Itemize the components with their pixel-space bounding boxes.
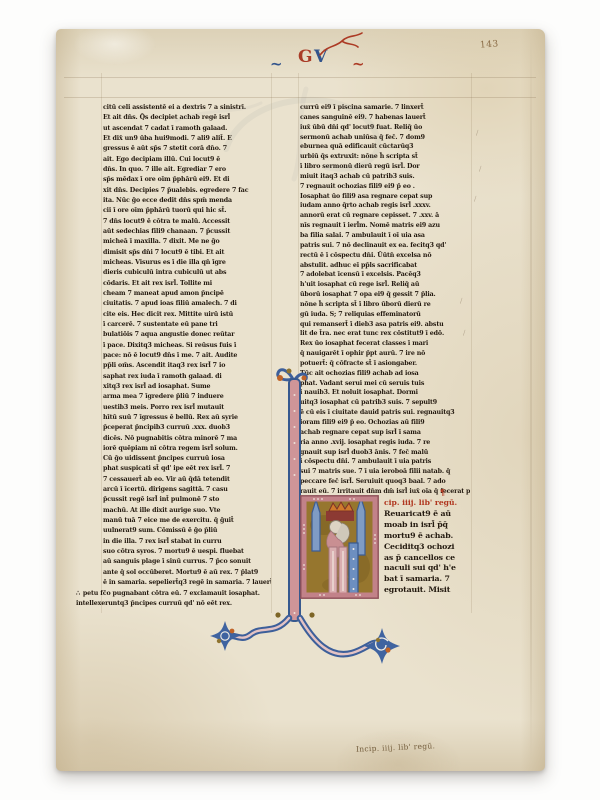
text-line: ī nauib3. Et noluit iosaphat. Dormi (300, 388, 470, 398)
text-line: p̄cussit regē isrl̄ int̄ pulmonē 7 sto (103, 495, 271, 505)
text-line: cii ī ore oīm p̄phārū tuorū qui hic st̄. (103, 206, 271, 216)
red-paraph-mark: ¶ (440, 487, 445, 497)
initial-adjacent-text: Reuaricat9 ē aūmoab in isrl̄ p̄q̄mortu9 … (384, 509, 484, 596)
running-title-right-flourish: ~ (352, 55, 363, 73)
text-line: Ceciditq3 ochozi (384, 542, 484, 553)
text-line: Cū ḡo uidissent p̄ncipes curruū iosa (103, 454, 271, 464)
text-line: abstulit. adhuc eī pp̄ls sacrificabat (300, 261, 470, 271)
correction-sign: ∴ (76, 590, 80, 597)
text-line: Tūc ait ochozias fili9 achab ad iosa (300, 369, 470, 379)
text-line: iux̄ ūbū dn̄i qd' locut9 fuat. Reliq̄ ūo (300, 123, 470, 133)
king-falling-miniature (300, 495, 379, 599)
text-line: phat suspicati st̄ qd' ipe eēt rex isrl̄… (103, 464, 271, 474)
running-title-left-flourish: ~ (270, 55, 281, 73)
text-column-b: currū ei9 ī piscina samarie. 7 linxert̄c… (300, 103, 470, 497)
text-line: uulnerat9 sum. Cōmissū ē ḡo p̄liū (103, 526, 271, 536)
text-line: dicēs. Nō pugnabitis cōtra minorē 7 ma (103, 434, 271, 444)
text-line: moab in isrl̄ p̄q̄ (384, 520, 484, 531)
text-line: potuert̄: q̄ cōfracte st̄ ī asiongaber. (300, 359, 470, 369)
text-line: p̄ceperat p̄ncipib3 curruū .xxx. duob3 (103, 423, 271, 433)
text-line: in die illa. 7 rex isrl̄ stabat in curru (103, 537, 271, 547)
text-line: peccare fec̄ isrl̄. Seruiuit quoq3 baal.… (300, 477, 470, 487)
text-line: rectū ē ī cōspectu dn̄i. Ūūtn̄ excelsa n… (300, 251, 470, 261)
text-line: arma mea 7 īgredere p̄liū 7 induere (103, 392, 271, 402)
text-line: egrotauit. Misit (384, 585, 484, 596)
text-line: arcū ī īcertū. dirigens sagittā. 7 casu (103, 485, 271, 495)
text-line: ba filia salai. 7 ambulauit ī oī uia asa (300, 231, 470, 241)
correction-line-2: intellexeruntq3 p̄ncipes curruū qd' nō e… (76, 599, 326, 609)
text-line: aū sanguis plage ī sinū currus. 7 p̄co s… (103, 557, 271, 567)
text-line: gressus ē aūt sp̄s 7 stetit corā dn̄o. 7 (103, 144, 271, 154)
rubricator-guide-note: Incip. iiij. lib' regū. (356, 741, 436, 753)
text-line: currū ei9 ī piscina samarie. 7 linxert̄ (300, 103, 470, 113)
text-line: ria anno .xvij. iosaphat regis iuda. 7 r… (300, 438, 470, 448)
text-line: ioram fili9 ei9 p̄ eo. Ochozias aū fili9 (300, 418, 470, 428)
text-line: dimisit sp̄s dn̄i 7 locut9 ē tibi. Et ai… (103, 248, 271, 258)
margin-tick: ∕ (463, 329, 465, 337)
text-line: sermonū achab uniūsa q̄ fec̄. 7 dom9 (300, 133, 470, 143)
text-line: dn̄s. In quo. 7 ille ait. Egrediar 7 ero (103, 165, 271, 175)
text-line: dieris cubiculū intra cubiculū ut abs (103, 268, 271, 278)
text-line: ē in samaria. sepeliert̄q3 regē in samar… (103, 578, 271, 588)
text-line: h'uit iosaphat cū rege isrl̄. Reliq̄ aū (300, 280, 470, 290)
text-line: uestib3 meis. Porro rex isrl̄ mutauit (103, 403, 271, 413)
text-line: canes sanguinē ei9. 7 habenas lauert̄ (300, 113, 470, 123)
text-line: bat ī samaria. 7 (384, 574, 484, 585)
parchment-fold (530, 35, 532, 763)
text-line: suo cōtra syros. 7 mortu9 ē uespi. flueb… (103, 547, 271, 557)
text-line: urbiū q̄s extruxit: nōne h̄ scripta st̄ (300, 152, 470, 162)
text-line: annorū erat cū regnare cepisset. 7 .xxv.… (300, 211, 470, 221)
text-line: sp̄s mēdax ī ore oīm p̄phārū ei9. Et di (103, 175, 271, 185)
text-line: 7 dn̄s locut9 ē cōtra te malū. Accessit (103, 217, 271, 227)
text-line: iudam anno q̄rto achab regis isrl̄ .xxxv… (300, 201, 470, 211)
text-line: Et ait dn̄s. Q̄s decipiet achab regē isr… (103, 113, 271, 123)
text-line: uitq3 iosaphat cū patrib3 suis. 7 sepult… (300, 398, 470, 408)
text-line: bulatiōis 7 aqua angustie donec reūtar (103, 330, 271, 340)
text-line: gnauit sup isrl̄ duob3 ānis. 7 fec̄ malū (300, 448, 470, 458)
text-line: machū. At ille dixit aurige suo. Vte (103, 506, 271, 516)
text-line: gū iuda. S; 7 reliquias effeminatorū (300, 310, 470, 320)
ruling-line-vertical (271, 73, 272, 613)
ruling-line-horizontal (64, 97, 536, 98)
correction-note: ∴petu fc̄o pugnabant cōtra eū. 7 exclama… (76, 589, 326, 609)
manuscript-leaf: ~ G V ~ 143 citū celi assistentē ei a de… (56, 29, 545, 771)
text-line: pp̄li om̄s. Ascendit itaq3 rex isrl̄ 7 i… (103, 361, 271, 371)
ruling-line-vertical (298, 73, 299, 613)
text-line: ita. Nūc ḡo ecce dedit dn̄s spm̄ menda (103, 196, 271, 206)
correction-line-1: ∴petu fc̄o pugnabant cōtra eū. 7 exclama… (76, 589, 326, 599)
text-line: cheam 7 maneat apud amon p̄ncipē (103, 289, 271, 299)
text-line: aūt sedechias fili9 chanaan. 7 p̄cussit (103, 227, 271, 237)
margin-tick: ∕ (479, 165, 481, 173)
margin-tick: ∕ (476, 129, 478, 137)
text-line: ait. Ego decipiam illū. Cui locut9 ē (103, 155, 271, 165)
text-line: saphat rex iuda ī ramoth galaad. di (103, 372, 271, 382)
chapter-rubric: cip. iiij. lib' regū. (384, 498, 484, 509)
text-line: patris sui. 7 nō declinauit ex ea. fecit… (300, 241, 470, 251)
text-line: q̄ nauigarēt ī ophir p̄pt aurū. 7 ire nō (300, 349, 470, 359)
text-line: 7 regnauit ochozias fili9 ei9 p̄ eo . (300, 182, 470, 192)
text-line: pace: nō ē locut9 dn̄s ī me. 7 ait. Audi… (103, 351, 271, 361)
margin-tick: ∕ (474, 195, 476, 203)
running-title-penwork-flourish (296, 31, 374, 57)
text-line: micheā ī maxilla. 7 dixit. Me ne ḡo (103, 237, 271, 247)
historiated-initial-p (300, 495, 379, 599)
text-line: achab regnare cepat sup isrl̄ ī sama (300, 428, 470, 438)
text-line: ūborū iosaphat 7 opa ei9 q̄ gessit 7 p̄l… (300, 290, 470, 300)
text-column-a: citū celi assistentē ei a dextris 7 a si… (103, 103, 271, 588)
text-line: iorē quēpiam nī cōtra regem isrl̄ solum. (103, 444, 271, 454)
text-line: ciuitatis. 7 apud ioas filiū amalech. 7 … (103, 299, 271, 309)
text-line: cite eis. Hec dicit rex. Mittite uirū is… (103, 310, 271, 320)
text-line: ē cū eis ī ciuitate dauid patris sui. re… (300, 408, 470, 418)
text-line: ante q̄ sol occūberet. Mortu9 ē aū rex. … (103, 568, 271, 578)
text-line: naculi sui qd' h'e (384, 563, 484, 574)
text-line: ī carcerē. 7 sustentate eū pane tri (103, 320, 271, 330)
text-line: eburnea quā edificauit cūctarūq3 (300, 142, 470, 152)
photo-background: ~ G V ~ 143 citū celi assistentē ei a de… (0, 0, 600, 800)
text-line: xitq3 rex isrl̄ ad iosaphat. Sume (103, 382, 271, 392)
text-line: ī cōspectu dn̄i. 7 ambulauit ī uia patri… (300, 457, 470, 467)
text-line: ī libro sermonū dierū regū isrl̄. Dor (300, 162, 470, 172)
text-line: Et dix̄ un9 ūba hui9modi. 7 ali9 alit̄. … (103, 134, 271, 144)
text-line: miuit itaq3 achab cū patrib3 suis. (300, 172, 470, 182)
text-line: cōdaris. Et ait rex isrl̄. Tollite mi (103, 279, 271, 289)
ruling-line-horizontal (64, 77, 536, 78)
text-line: manū tuā 7 eice me de exercitu. q̄ ḡuit̄ (103, 516, 271, 526)
text-line: nīs regnauit ī ierl̄m. Nomē matris ei9 a… (300, 221, 470, 231)
text-line: ī pace. Dixitq3 micheas. Si reūsus fuis … (103, 341, 271, 351)
folio-number: 143 (480, 39, 499, 50)
text-line: xit dn̄s. Decipies 7 p̄ualebis. egredere… (103, 186, 271, 196)
text-line: nōne h̄ scripta st̄ ī libro ūborū dierū … (300, 300, 470, 310)
text-line: phat. Vadant serui mei cū seruis tuis (300, 379, 470, 389)
text-line: sui 7 matris sue. 7 ī uia ieroboā filii … (300, 467, 470, 477)
text-line: citū celi assistentē ei a dextris 7 a si… (103, 103, 271, 113)
margin-tick: ∕ (460, 297, 462, 305)
text-line: qui remansert̄ ī dieb3 asa patris ei9. a… (300, 320, 470, 330)
text-line: mortu9 ē achab. (384, 531, 484, 542)
text-line: Reuaricat9 ē aū (384, 509, 484, 520)
text-line: Rex ūo iosaphat fecerat classes ī mari (300, 339, 470, 349)
text-line: 7 cessauert̄ ab eo. Vir aū q̄dā tetendit (103, 475, 271, 485)
text-line: micheas. Visurus es ī die illa qn̄ īgre (103, 258, 271, 268)
text-line: Iosaphat ūo fili9 asa regnare cepat sup (300, 192, 470, 202)
ruling-line-vertical (101, 73, 102, 613)
text-line: ut ascendat 7 cadat ī ramoth galaad. (103, 124, 271, 134)
text-line: as p̄ cancellos ce (384, 553, 484, 564)
text-line: 7 adolebat īcensū ī excelsis. Pacēq3 (300, 270, 470, 280)
text-line: hītū suū 7 īgressus ē bellū. Rex aū syri… (103, 413, 271, 423)
text-line: lit de t̄ra. nec erat tunc rex cōstitut9… (300, 329, 470, 339)
